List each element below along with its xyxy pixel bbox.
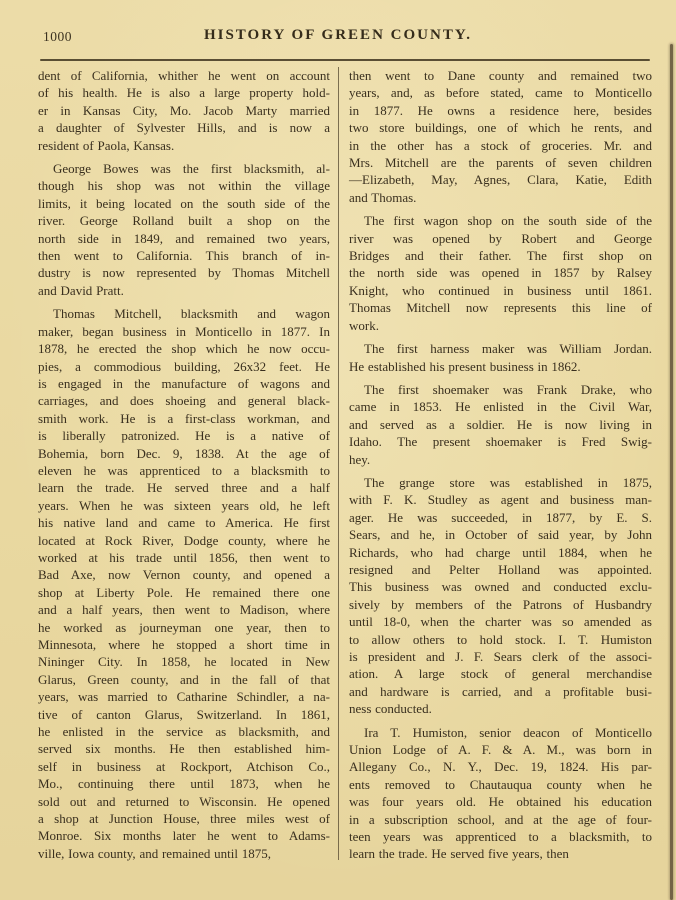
text-line: was four years old. He obtained his educ… <box>349 793 652 810</box>
left-column: dent of California, whither he went on a… <box>38 67 338 868</box>
text-line: years, was married to Catharine Schindle… <box>38 688 330 705</box>
paragraph: The grange store was established in 1875… <box>349 474 652 718</box>
text-line: er in Kansas City, Mo. Jacob Marty marri… <box>38 102 330 119</box>
text-line: he enlisted in the service as blacksmith… <box>38 723 330 740</box>
right-column: then went to Dane county and remained tw… <box>339 67 652 869</box>
paragraph: The first shoemaker was Frank Drake, who… <box>349 381 652 468</box>
text-line: The first wagon shop on the south side o… <box>349 212 652 229</box>
text-line: years. When he was sixteen years old, he… <box>38 497 330 514</box>
text-line: Thomas Mitchell now represents this line… <box>349 299 652 316</box>
text-line: Glarus, Green county, and in the fall of… <box>38 671 330 688</box>
text-line: to allow others to hold stock. I. T. Hum… <box>349 631 652 648</box>
text-line: pies, a commodious building, 26x32 feet.… <box>38 358 330 375</box>
paragraph: then went to Dane county and remained tw… <box>349 67 652 206</box>
text-line: worked at his trade until 1856, then wen… <box>38 549 330 566</box>
text-line: his native land and came to America. He … <box>38 514 330 531</box>
text-line: dustry is now represented by Thomas Mitc… <box>38 264 330 281</box>
text-line: Sears, and he, in October of said year, … <box>349 526 652 543</box>
text-line: ness conducted. <box>349 700 652 717</box>
text-line: —Elizabeth, May, Agnes, Clara, Katie, Ed… <box>349 171 652 188</box>
text-line: Idaho. The present shoemaker is Fred Swi… <box>349 433 652 450</box>
text-line: The grange store was established in 1875… <box>349 474 652 491</box>
text-line: eleven he was apprenticed to a blacksmit… <box>38 462 330 479</box>
text-line: years, and, as before stated, came to Mo… <box>349 84 652 101</box>
text-line: Mrs. Mitchell are the parents of seven c… <box>349 154 652 171</box>
text-line: he worked as journeyman one year, then t… <box>38 619 330 636</box>
text-line: Allegany Co., N. Y., Dec. 19, 1824. His … <box>349 758 652 775</box>
text-line: in 1877. He owns a residence here, besid… <box>349 102 652 119</box>
text-line: and served as a soldier. He is now livin… <box>349 416 652 433</box>
text-line: Mo., continuing there until 1873, when h… <box>38 775 330 792</box>
text-line: located at Rock River, Dodge county, whe… <box>38 532 330 549</box>
text-line: with F. K. Studley as agent and business… <box>349 491 652 508</box>
text-line: George Bowes was the first blacksmith, a… <box>38 160 330 177</box>
text-line: is president and J. F. Sears clerk of th… <box>349 648 652 665</box>
text-columns: dent of California, whither he went on a… <box>38 67 652 880</box>
page-header: 1000 HISTORY OF GREEN COUNTY. <box>0 27 676 47</box>
text-line: dent of California, whither he went on a… <box>38 67 330 84</box>
text-line: and hardware is carried, and a profitabl… <box>349 683 652 700</box>
text-line: river. George Rolland built a shop on th… <box>38 212 330 229</box>
text-line: is liberally patronized. He is a native … <box>38 427 330 444</box>
text-line: ents removed to Chautauqua county when h… <box>349 776 652 793</box>
text-line: though his shop was not within the villa… <box>38 177 330 194</box>
text-line: ation. A large stock of general merchand… <box>349 665 652 682</box>
text-line: The first shoemaker was Frank Drake, who <box>349 381 652 398</box>
text-line: Monroe. Six months later he went to Adam… <box>38 827 330 844</box>
text-line: teen years was apprenticed to a blacksmi… <box>349 828 652 845</box>
text-line: hey. <box>349 451 652 468</box>
text-line: Bohemia, born Dec. 9, 1838. At the age o… <box>38 445 330 462</box>
text-line: and a half years, then went to Madison, … <box>38 601 330 618</box>
text-line: Nininger City. In 1858, he located in Ne… <box>38 653 330 670</box>
text-line: of his health. He is also a large proper… <box>38 84 330 101</box>
text-line: He established his present business in 1… <box>349 358 652 375</box>
text-line: Ira T. Humiston, senior deacon of Montic… <box>349 724 652 741</box>
text-line: north side in 1849, and remained two yea… <box>38 230 330 247</box>
text-line: river was opened by Robert and George <box>349 230 652 247</box>
text-line: is engaged in the manufacture of wagons … <box>38 375 330 392</box>
text-line: served six months. He then established h… <box>38 740 330 757</box>
text-line: The first harness maker was William Jord… <box>349 340 652 357</box>
text-line: Minnesota, where he stopped a short time… <box>38 636 330 653</box>
text-line: carriages, and does shoeing and general … <box>38 392 330 409</box>
text-line: a shop at Junction House, three miles we… <box>38 810 330 827</box>
text-line: and David Pratt. <box>38 282 330 299</box>
text-line: smith work. He is a first-class workman,… <box>38 410 330 427</box>
paragraph: Thomas Mitchell, blacksmith and wagonmak… <box>38 305 330 862</box>
text-line: ager. He was succeeded, in 1877, by E. S… <box>349 509 652 526</box>
text-line: until 18-0, when the charter was so amen… <box>349 613 652 630</box>
page-edge-shadow <box>670 44 673 900</box>
text-line: shop at Liberty Pole. He remained there … <box>38 584 330 601</box>
text-line: Thomas Mitchell, blacksmith and wagon <box>38 305 330 322</box>
text-line: work. <box>349 317 652 334</box>
text-line: This business was owned and conducted ex… <box>349 578 652 595</box>
text-line: sold out and returned to Wisconsin. He o… <box>38 793 330 810</box>
text-line: Bridges and their father. The first shop… <box>349 247 652 264</box>
column-divider <box>338 67 339 860</box>
text-line: Richards, who had charge until 1884, whe… <box>349 544 652 561</box>
text-line: the north side was opened in 1857 by Ral… <box>349 264 652 281</box>
text-line: resident of Paola, Kansas. <box>38 137 330 154</box>
header-rule <box>40 59 650 61</box>
text-line: ville, Iowa county, and remained until 1… <box>38 845 330 862</box>
text-line: and Thomas. <box>349 189 652 206</box>
page-title: HISTORY OF GREEN COUNTY. <box>0 27 676 44</box>
text-line: then went to California. This branch of … <box>38 247 330 264</box>
text-line: learn the trade. He served three and a h… <box>38 479 330 496</box>
book-page: 1000 HISTORY OF GREEN COUNTY. dent of Ca… <box>0 0 676 900</box>
text-line: maker, began business in Monticello in 1… <box>38 323 330 340</box>
text-line: in the other has a stock of groceries. M… <box>349 137 652 154</box>
text-line: Knight, who continued in business until … <box>349 282 652 299</box>
text-line: in a subscription school, and at the age… <box>349 811 652 828</box>
paragraph: The first wagon shop on the south side o… <box>349 212 652 334</box>
text-line: came in 1853. He enlisted in the Civil W… <box>349 398 652 415</box>
paragraph: The first harness maker was William Jord… <box>349 340 652 375</box>
paragraph: dent of California, whither he went on a… <box>38 67 330 154</box>
page-number: 1000 <box>43 29 72 45</box>
text-line: learn the trade. He served five years, t… <box>349 845 652 862</box>
text-line: two store buildings, one of which he ren… <box>349 119 652 136</box>
text-line: limits, it being located on the south si… <box>38 195 330 212</box>
text-line: Bad Axe, now Vernon county, and opened a <box>38 566 330 583</box>
text-line: tive of canton Glarus, Switzerland. In 1… <box>38 706 330 723</box>
text-line: 1878, he erected the shop which he now o… <box>38 340 330 357</box>
text-line: resigned and Pelter Holland was appointe… <box>349 561 652 578</box>
paragraph: George Bowes was the first blacksmith, a… <box>38 160 330 299</box>
text-line: then went to Dane county and remained tw… <box>349 67 652 84</box>
paragraph: Ira T. Humiston, senior deacon of Montic… <box>349 724 652 863</box>
text-line: Union Lodge of A. F. & A. M., was born i… <box>349 741 652 758</box>
text-line: self in business at Rockport, Atchison C… <box>38 758 330 775</box>
text-line: sively by members of the Patrons of Husb… <box>349 596 652 613</box>
text-line: a daughter of Sylvester Hills, and is no… <box>38 119 330 136</box>
